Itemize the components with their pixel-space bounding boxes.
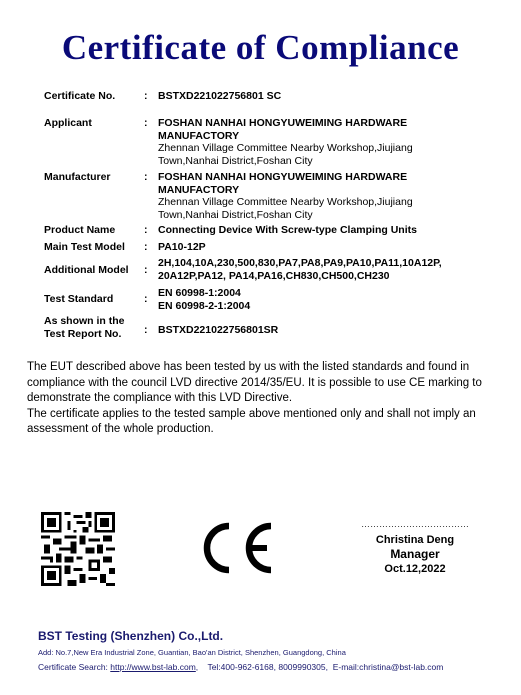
label: Main Test Model [44,241,125,253]
colon: : [144,90,148,102]
additional-model-line-1: 2H,104,10A,230,500,830,PA7,PA8,PA9,PA10,… [158,257,498,270]
label: Test Standard [44,293,113,305]
test-report-number: BSTXD221022756801SR [158,324,498,337]
certificate-number: BSTXD221022756801 SC [158,90,498,103]
colon: : [144,241,148,253]
label: Product Name [44,224,115,236]
label: Applicant [44,117,92,129]
contact-details: , Tel:400-962-6168, 8009990305, E-mail:c… [196,662,444,672]
label: As shown in the Test Report No. [44,315,125,341]
manufacturer-value: FOSHAN NANHAI HONGYUWEIMING HARDWARE MAN… [158,171,498,221]
signatory-role: Manager [360,547,470,562]
ce-mark-icon [195,518,275,578]
manufacturer-name-1: FOSHAN NANHAI HONGYUWEIMING HARDWARE [158,171,407,183]
additional-model-line-2: 20A12P,PA12, PA14,PA16,CH830,CH500,CH230 [158,270,498,283]
signature-line: ……………………………… [360,520,470,528]
statement-paragraph-2: The certificate applies to the tested sa… [27,407,502,438]
search-link[interactable]: http://www.bst-lab.com [110,662,196,672]
statement-paragraph-1: The EUT described above has been tested … [27,360,502,407]
colon: : [144,224,148,236]
label: Additional Model [44,264,129,276]
contact-line: Certificate Search: http://www.bst-lab.c… [38,662,443,672]
colon: : [144,324,148,336]
colon: : [144,171,148,183]
test-standard-line-2: EN 60998-2-1:2004 [158,300,498,313]
signature-date: Oct.12,2022 [360,562,470,577]
company-address: Add: No.7,New Era Industrial Zone, Guant… [38,648,443,657]
signature-block: ……………………………… Christina Deng Manager Oct.… [360,520,470,577]
footer: BST Testing (Shenzhen) Co.,Ltd. Add: No.… [38,629,443,672]
certificate-title: Certificate of Compliance [0,28,521,68]
statement: The EUT described above has been tested … [27,360,502,438]
manufacturer-address-1: Zhennan Village Committee Nearby Worksho… [158,196,498,209]
signatory-name: Christina Deng [360,534,470,547]
applicant-name-2: MANUFACTORY [158,130,239,142]
label-line-1: As shown in the [44,315,125,328]
search-label: Certificate Search: [38,662,110,672]
manufacturer-address-2: Town,Nanhai District,Foshan City [158,209,498,222]
label: Manufacturer [44,171,111,183]
test-standard-line-1: EN 60998-1:2004 [158,287,498,300]
company-name: BST Testing (Shenzhen) Co.,Ltd. [38,629,443,643]
product-name: Connecting Device With Screw-type Clampi… [158,224,498,237]
colon: : [144,264,148,276]
label: Certificate No. [44,90,115,102]
colon: : [144,117,148,129]
applicant-name-1: FOSHAN NANHAI HONGYUWEIMING HARDWARE [158,117,407,129]
label-line-2: Test Report No. [44,328,125,341]
applicant-value: FOSHAN NANHAI HONGYUWEIMING HARDWARE MAN… [158,117,498,167]
main-test-model: PA10-12P [158,241,498,254]
manufacturer-name-2: MANUFACTORY [158,184,239,196]
test-standard-value: EN 60998-1:2004 EN 60998-2-1:2004 [158,287,498,312]
qr-code-icon [41,512,115,586]
colon: : [144,293,148,305]
applicant-address-1: Zhennan Village Committee Nearby Worksho… [158,142,498,155]
additional-model-value: 2H,104,10A,230,500,830,PA7,PA8,PA9,PA10,… [158,257,498,282]
applicant-address-2: Town,Nanhai District,Foshan City [158,155,498,168]
